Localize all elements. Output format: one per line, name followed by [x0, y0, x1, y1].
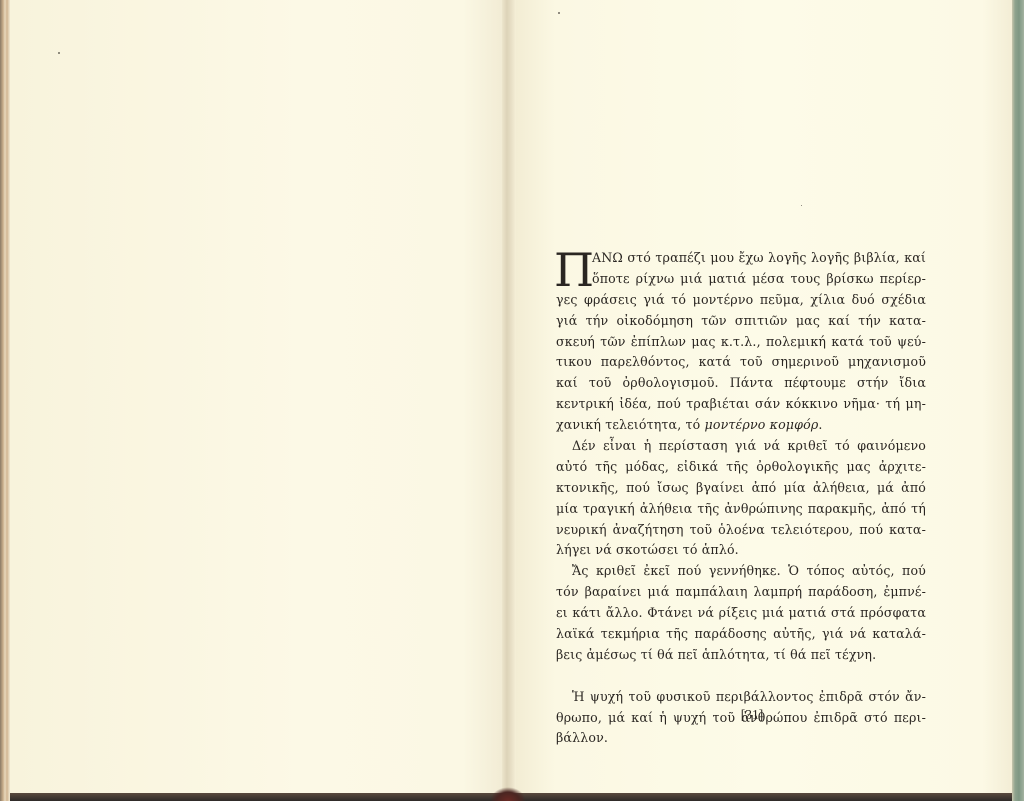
paragraph-1: ΑΝΩ στό τραπέζι μου ἔχω λογῆς λογῆς βιβλ… — [556, 248, 926, 436]
text-line: βεις ἀμέσως τί θά πεῖ ἁπλότητα, τί θά πε… — [556, 645, 926, 666]
text-line: ει κάτι ἄλλο. Φτάνει νά ρίξεις μιά ματιά… — [556, 603, 926, 624]
text-line: Ἡ ψυχή τοῦ φυσικοῦ περιβάλλοντος ἐπιδρᾶ … — [556, 687, 926, 708]
left-cover-edge — [0, 0, 10, 801]
text-line: λήγει νά σκοτώσει τό ἁπλό. — [556, 540, 926, 561]
book-gutter — [502, 0, 516, 793]
text-line: κεντρική ἰδέα, πού τραβιέται σάν κόκκινο… — [556, 394, 926, 415]
left-page-blank — [10, 0, 502, 793]
text-line: Δέν εἶναι ἡ περίσταση γιά νά κριθεῖ τό φ… — [556, 436, 926, 457]
paper-speck — [58, 52, 60, 54]
text-line: ὅποτε ρίχνω μιά ματιά μέσα τους βρίσκω π… — [556, 269, 926, 290]
text-line: καί τοῦ ὀρθολογισμοῦ. Πάντα πέφτουμε στή… — [556, 373, 926, 394]
text-line: τόν βαραίνει μιά παμπάλαιη λαμπρή παράδο… — [556, 582, 926, 603]
paragraph-3: Ἄς κριθεῖ ἐκεῖ πού γεννήθηκε. Ὁ τόπος αὐ… — [556, 561, 926, 665]
text-line: νευρική ἀναζήτηση τοῦ ὁλοένα τελειότερου… — [556, 520, 926, 541]
paper-speck — [801, 205, 802, 206]
right-cover-edge — [1012, 0, 1024, 801]
drop-cap: Π — [554, 250, 594, 290]
text-line: μία τραγική ἀλήθεια τῆς ἀνθρώπινης παρακ… — [556, 499, 926, 520]
text-line: γιά τήν οἰκοδόμηση τῶν σπιτιῶν μας καί τ… — [556, 311, 926, 332]
spine-headband — [490, 787, 526, 801]
text-run: . — [818, 417, 822, 432]
text-line: ΑΝΩ στό τραπέζι μου ἔχω λογῆς λογῆς βιβλ… — [556, 248, 926, 269]
book-spread: Π ΑΝΩ στό τραπέζι μου ἔχω λογῆς λογῆς βι… — [0, 0, 1024, 801]
chapter-text: Π ΑΝΩ στό τραπέζι μου ἔχω λογῆς λογῆς βι… — [556, 248, 926, 749]
italic-phrase: μοντέρνο κομφόρ — [705, 417, 819, 432]
text-line: γες φράσεις γιά τό μοντέρνο πεῦμα, χίλια… — [556, 290, 926, 311]
text-line: σκευή τῶν ἐπίπλων μας κ.τ.λ., πολεμική κ… — [556, 332, 926, 353]
paragraph-2: Δέν εἶναι ἡ περίσταση γιά νά κριθεῖ τό φ… — [556, 436, 926, 561]
page-number: [31] — [722, 707, 782, 723]
text-line: βάλλον. — [556, 728, 926, 749]
text-line: κτονικῆς, πού ἴσως βγαίνει ἀπό μία ἀλήθε… — [556, 478, 926, 499]
paper-speck — [558, 12, 560, 14]
text-line: αὐτό τῆς μόδας, εἰδικά τῆς ὀρθολογικῆς μ… — [556, 457, 926, 478]
text-line: τικου παρελθόντος, κατά τοῦ σημερινοῦ μη… — [556, 352, 926, 373]
paragraph-gap — [556, 666, 926, 687]
text-run: χανική τελειότητα, τό — [556, 417, 705, 432]
text-line: χανική τελειότητα, τό μοντέρνο κομφόρ. — [556, 415, 926, 436]
text-line: Ἄς κριθεῖ ἐκεῖ πού γεννήθηκε. Ὁ τόπος αὐ… — [556, 561, 926, 582]
text-line: λαϊκά τεκμήρια τῆς παράδοσης αὐτῆς, γιά … — [556, 624, 926, 645]
